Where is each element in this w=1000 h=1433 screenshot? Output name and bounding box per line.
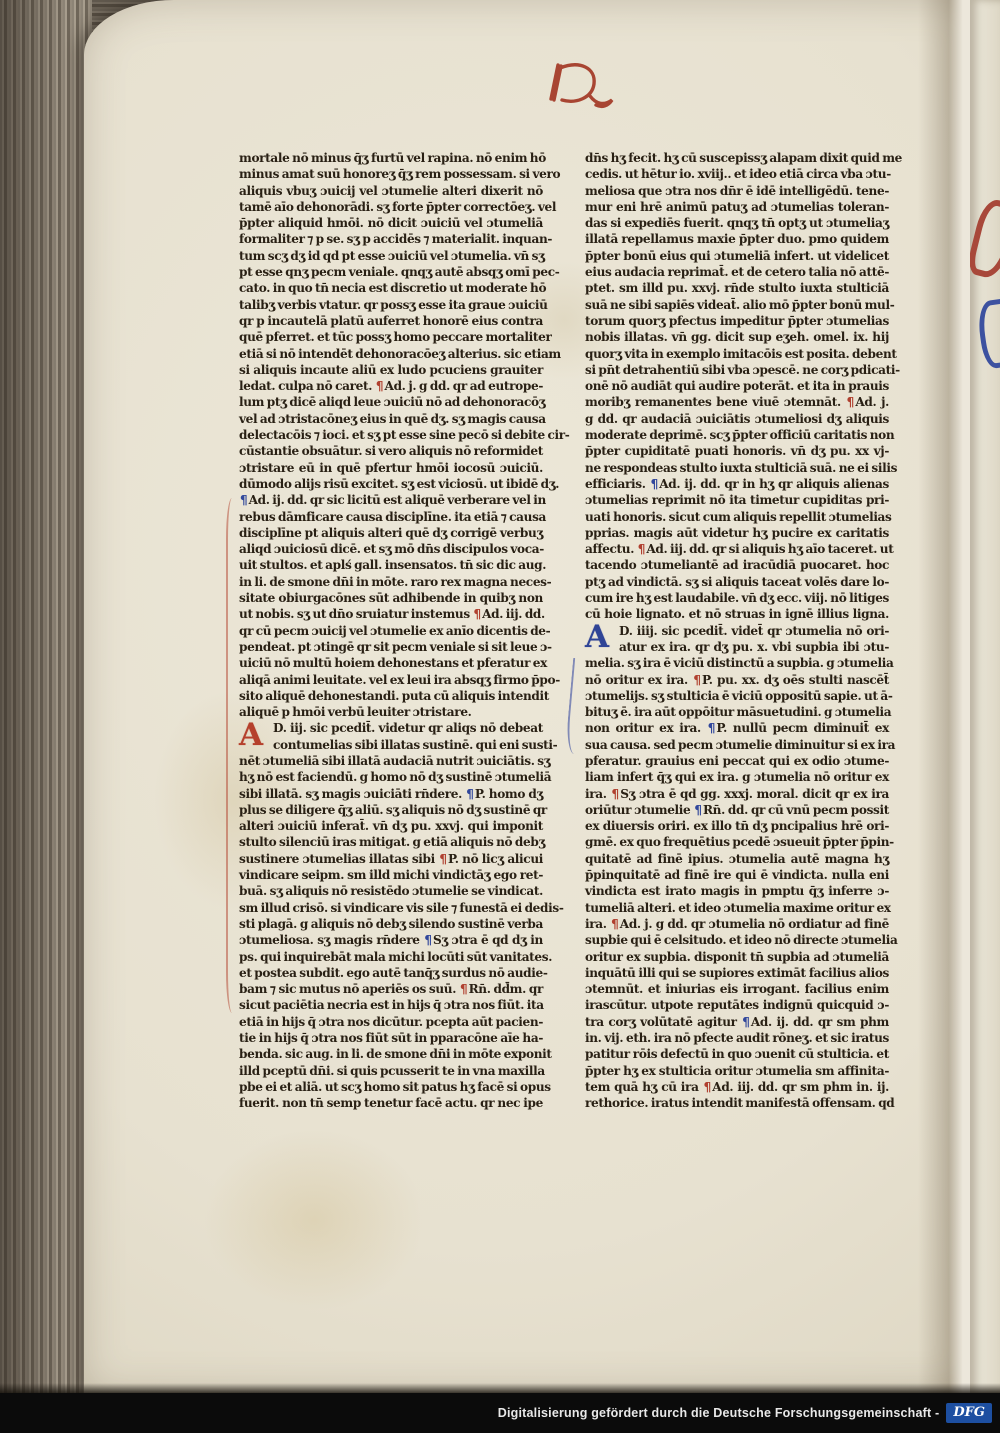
text-line: ɔtristare eū in quē pfertur hmōi iocosū … xyxy=(239,460,543,476)
text-line: uiciū nō multū hoiem dehonestans et pfer… xyxy=(239,655,543,671)
text-line: nēt ɔtumeliā sibi illatā audaciā nutrit … xyxy=(239,753,543,769)
text-line: onē nō audiāt qui audire poterāt. et ita… xyxy=(585,378,889,394)
text-line: affectu. ¶Ad. iij. dd. qr si aliquis hʒ … xyxy=(585,541,889,557)
text-line: minus amat suū honoreʒ q̄ʒ rem possessam… xyxy=(239,166,543,182)
text-line: plus se diligere q̄ʒ aliū. sʒ aliquis nō… xyxy=(239,802,543,818)
text-line: supbie qui ē celsitudo. et ideo nō direc… xyxy=(585,932,889,948)
text-line: tumeliā alteri. et ideo ɔtumelia maxime … xyxy=(585,900,889,916)
text-line: torum quorʒ pfectus impeditur p̄pter ɔtu… xyxy=(585,313,889,329)
text-line: buā. sʒ aliquis nō resistēdo ɔtumelie se… xyxy=(239,883,543,899)
text-line: qr cū pecm ɔuicij vel ɔtumelie ex anīo d… xyxy=(239,623,543,639)
red-capitulum-mark: ¶ xyxy=(472,607,482,621)
text-line: nobis illatas. vn̄ gg. dicit sup eʒeh. o… xyxy=(585,329,889,345)
text-line: g dd. qr audaciā ɔuiciātis ɔtumeliosi dʒ… xyxy=(585,411,889,427)
text-line: bituʒ ē. ira aūt oppōitur māsuetudini. g… xyxy=(585,704,889,720)
text-line: alteri ɔuiciū inferat̄. vn̄ dʒ pu. xxvj.… xyxy=(239,818,543,834)
text-line: tum scʒ dʒ id qd pt esse ɔuiciū vel ɔtum… xyxy=(239,248,543,264)
manuscript-scan: mortale nō minus q̄ʒ furtū vel rapina. n… xyxy=(0,0,1000,1433)
text-line: uit stultos. et aplś gall. insensatos. t… xyxy=(239,557,543,573)
red-capitulum-mark: ¶ xyxy=(692,673,702,687)
blue-capitulum-mark: ¶ xyxy=(423,933,433,947)
text-line: ex diuersis oriri. ex illo tn̄ dʒ pncipa… xyxy=(585,818,889,834)
text-line: ps. qui inquirebāt mala michi locūti sūt… xyxy=(239,949,543,965)
red-capitulum-mark: ¶ xyxy=(611,787,621,801)
text-line: irascūtur. utpote reputātes indignū quic… xyxy=(585,997,889,1013)
text-line: atur ex ira. qr dʒ pu. x. vbi supbia ibi… xyxy=(585,639,889,655)
text-column-left: mortale nō minus q̄ʒ furtū vel rapina. n… xyxy=(239,150,543,1112)
next-page-blue-initial-glimpse xyxy=(975,298,1000,370)
text-line: rebus dāmficare causa disciplīne. ita et… xyxy=(239,509,543,525)
text-line: D. iij. sic pcedit̄. videtur qr aliqs nō… xyxy=(239,720,543,736)
text-line: melia. sʒ ira ē viciū distinctū a supbia… xyxy=(585,655,889,671)
text-line: ɔtumeliosa. sʒ magis rn̄dere ¶Sʒ ɔtra ē … xyxy=(239,932,543,948)
text-line: aliqā animi leuitate. vel ex leui ira ab… xyxy=(239,672,543,688)
text-line: aliqd ɔuiciosū dicē. et sʒ mō dn̄s disci… xyxy=(239,541,543,557)
text-line: fuerit. non tn̄ semp tenetur facē actu. … xyxy=(239,1095,543,1111)
text-line: disciplīne pt aliquis alteri quē dʒ corr… xyxy=(239,525,543,541)
text-line: dn̄s hʒ fecit. hʒ cū suscepissʒ alapam d… xyxy=(585,150,889,166)
red-capitulum-mark: ¶ xyxy=(438,852,448,866)
text-line: illatā repellamus maxie p̄pter duo. pmo … xyxy=(585,231,889,247)
text-line: et postea subdit. ego autē tanq̄ʒ surdus… xyxy=(239,965,543,981)
text-line: liam infert q̄ʒ qui ex ira. g ɔtumelia n… xyxy=(585,769,889,785)
text-line: tamē aīo dehonorādi. sʒ forte p̄pter cor… xyxy=(239,199,543,215)
text-line: delectacōis ⁊ ioci. et sʒ pt esse sine p… xyxy=(239,427,543,443)
text-line: mortale nō minus q̄ʒ furtū vel rapina. n… xyxy=(239,150,543,166)
text-line: tra corʒ volūtatē agitur ¶Ad. ij. dd. qr… xyxy=(585,1014,889,1030)
text-line: moderate deprimē. scʒ p̄pter officiū car… xyxy=(585,427,889,443)
text-line: moribʒ remanentes bene viuē ɔtemnāt. ¶Ad… xyxy=(585,394,889,410)
text-line: aliquis vbuʒ ɔuicij vel ɔtumelie alteri … xyxy=(239,183,543,199)
text-line: etiā in hijs q̄ ɔtra nos dicūtur. pcepta… xyxy=(239,1014,543,1030)
text-line: cedis. ut hētur io. xviij.. et ideo etiā… xyxy=(585,166,889,182)
text-line: si pn̄t detrahentiū sibi vba ɔpescē. ne … xyxy=(585,362,889,378)
text-line: qr p incautelā platū auferret honorē eiu… xyxy=(239,313,543,329)
red-pen-flourish xyxy=(226,498,236,1013)
text-line: in. vij. eth. ira nō pfecte audit rōneʒ.… xyxy=(585,1030,889,1046)
text-line: ptʒ ad vindictā. sʒ si aliquis taceat vo… xyxy=(585,574,889,590)
text-line: mur eni hrē animū patuʒ ad ɔtumelias tol… xyxy=(585,199,889,215)
text-line: pprias. magis aūt videtur hʒ pucire ex c… xyxy=(585,525,889,541)
text-line: pt esse qnʒ pecm veniale. qnqʒ autē absq… xyxy=(239,264,543,280)
text-line: tem quā hʒ cū ira ¶Ad. iij. dd. qr sm ph… xyxy=(585,1079,889,1095)
text-line: hʒ nō est faciendū. g homo nō dʒ sustinē… xyxy=(239,769,543,785)
text-line: lum ptʒ dicē aliqd leue ɔuiciū nō ad deh… xyxy=(239,394,543,410)
text-line: ɔtemnūt. et iniurias eis irrogant. facil… xyxy=(585,981,889,997)
page-curve-shadow xyxy=(918,0,974,1393)
text-line: suā ne sibi sapiēs videat̄. alio mō p̄pt… xyxy=(585,297,889,313)
text-line: gmē. ex quo frequētius pcedē ɔsueuit p̄p… xyxy=(585,834,889,850)
text-line: ledat. culpa nō caret. ¶Ad. j. g dd. qr … xyxy=(239,378,543,394)
folio-mark xyxy=(540,52,620,122)
text-line: sua causa. sed pecm ɔtumelie diminuitur … xyxy=(585,737,889,753)
text-line: quorʒ vita in exemplo imitacōis est posi… xyxy=(585,346,889,362)
text-line: vindicta est irato magis in pmptu q̄ʒ in… xyxy=(585,883,889,899)
text-line: pendeat. pt ɔtingē qr sit pecm veniale s… xyxy=(239,639,543,655)
dfg-logo: DFG xyxy=(946,1403,992,1423)
text-line: uati honoris. sicut cum aliquis repellit… xyxy=(585,509,889,525)
text-line: sibi illatā. sʒ magis ɔuiciāti rn̄dere. … xyxy=(239,786,543,802)
blue-capitulum-mark: ¶ xyxy=(465,787,475,801)
text-line: ira. ¶Ad. j. g dd. qr ɔtumelia nō ordiat… xyxy=(585,916,889,932)
red-lombard-initial: A xyxy=(233,716,269,756)
text-line: oriūtur ɔtumelie ¶Rn̄. dd. qr cū vnū pec… xyxy=(585,802,889,818)
text-line: meliosa que ɔtra nos dn̄r ē idē intellig… xyxy=(585,183,889,199)
blue-capitulum-mark: ¶ xyxy=(650,477,660,491)
text-line: efficiaris. ¶Ad. ij. dd. qr in hʒ qr ali… xyxy=(585,476,889,492)
text-line: non oritur ex ira. ¶P. nullū pecm diminu… xyxy=(585,720,889,736)
text-line: p̄pinquitatē ad finē ire qui ē vindicta.… xyxy=(585,867,889,883)
red-capitulum-mark: ¶ xyxy=(637,542,647,556)
blue-capitulum-mark: ¶ xyxy=(239,493,249,507)
blue-capitulum-mark: ¶ xyxy=(693,803,703,817)
text-line: illd pceptū dn̄i. si quis pcusserit te i… xyxy=(239,1063,543,1079)
text-line: ptet. sm illd pu. xxvj. rn̄de stulto iux… xyxy=(585,280,889,296)
blue-lombard-initial: A xyxy=(579,618,615,658)
text-line: vindicare seipm. sm illd michi vindictāʒ… xyxy=(239,867,543,883)
digitisation-banner: Digitalisierung gefördert durch die Deut… xyxy=(0,1393,1000,1433)
text-line: inquātū illi qui se supiores extimāt fac… xyxy=(585,965,889,981)
text-line: si aliquis incaute aliū ex ludo pcuciens… xyxy=(239,362,543,378)
text-line: vel ad ɔtristacōneʒ eius in quē dʒ. sʒ m… xyxy=(239,411,543,427)
text-line: sicut paciētia necria est in hijs q̄ ɔtr… xyxy=(239,997,543,1013)
text-line: nō oritur ex ira. ¶P. pu. xx. dʒ oēs stu… xyxy=(585,672,889,688)
next-page-edge xyxy=(970,0,1000,1393)
text-line: eius audacia reprimat̄. et de cetero tal… xyxy=(585,264,889,280)
text-line: quē pferret. et tūc possʒ homo peccare m… xyxy=(239,329,543,345)
text-column-right: dn̄s hʒ fecit. hʒ cū suscepissʒ alapam d… xyxy=(585,150,889,1112)
book-page-edges-left xyxy=(0,0,92,1395)
banner-text: Digitalisierung gefördert durch die Deut… xyxy=(498,1406,940,1420)
text-line: pbe ei et aliā. ut scʒ homo sit patus hʒ… xyxy=(239,1079,543,1095)
text-line: talibʒ verbis vtatur. qr possʒ esse ita … xyxy=(239,297,543,313)
text-line: pferatur. grauius eni peccat qui ex odio… xyxy=(585,753,889,769)
text-line: sito aliquē dehonestandi. puta cū aliqui… xyxy=(239,688,543,704)
text-line: ne respondeas stulto iuxta stulticiā suā… xyxy=(585,460,889,476)
text-line: formaliter ⁊ p se. sʒ p accidēs ⁊ materi… xyxy=(239,231,543,247)
text-line: in li. de smone dn̄i in mōte. raro rex m… xyxy=(239,574,543,590)
text-line: benda. sic aug. in li. de smone dn̄i in … xyxy=(239,1046,543,1062)
text-line: cū hoie lignato. et nō struas in ignē il… xyxy=(585,606,889,622)
text-line: ɔtumelijs. sʒ stulticia ē viciū oppositū… xyxy=(585,688,889,704)
text-line: sm illud crisō. si vindicare vis sile ⁊ … xyxy=(239,900,543,916)
text-line: das si expediēs fuerit. qnqʒ tn̄ optʒ ut… xyxy=(585,215,889,231)
red-capitulum-mark: ¶ xyxy=(375,379,385,393)
text-line: sti plagā. g aliquis nō debʒ silendo sus… xyxy=(239,916,543,932)
scan-bottom-shadow xyxy=(0,1383,1000,1393)
parchment-stain xyxy=(204,1130,424,1310)
text-line: p̄pter hʒ ex stulticia oritur ɔtumelia s… xyxy=(585,1063,889,1079)
text-line: cato. in quo tn̄ necia est discretio ut … xyxy=(239,280,543,296)
red-capitulum-mark: ¶ xyxy=(459,982,469,996)
red-capitulum-mark: ¶ xyxy=(846,395,856,409)
text-line: p̄pter cupiditatē puati honoris. vn̄ dʒ … xyxy=(585,443,889,459)
text-line: oritur ex supbia. disponit tn̄ supbia ad… xyxy=(585,949,889,965)
text-line: aliquē p hmōi verbū leuiter ɔtristare. xyxy=(239,704,543,720)
text-line: cūstantie obsuātur. si vero aliquis nō r… xyxy=(239,443,543,459)
text-line: p̄pter aliquid hmōi. nō dicit ɔuiciū vel… xyxy=(239,215,543,231)
text-line: D. iiij. sic pcedit̄. videt̄ qr ɔtumelia… xyxy=(585,623,889,639)
text-line: sitate obiurgacōnes sūt adhibende in qui… xyxy=(239,590,543,606)
text-line: sustinere ɔtumelias illatas sibi ¶P. nō … xyxy=(239,851,543,867)
blue-capitulum-mark: ¶ xyxy=(707,721,717,735)
next-page-red-initial-glimpse xyxy=(970,197,1000,282)
red-capitulum-mark: ¶ xyxy=(610,917,620,931)
text-line: ira. ¶Sʒ ɔtra ē qd gg. xxxj. moral. dici… xyxy=(585,786,889,802)
text-line: rethorice. iratus intendit manifestā off… xyxy=(585,1095,889,1111)
text-line: tacendo ɔtumeliantē ad iracūdiā puocaret… xyxy=(585,557,889,573)
text-line: cum ire hʒ est laudabile. vn̄ dʒ ecc. vi… xyxy=(585,590,889,606)
text-line: bam ⁊ sic mutus nō aperiēs os suū. ¶Rn̄.… xyxy=(239,981,543,997)
text-line: stulto silenciū iras mitigat. g etiā ali… xyxy=(239,834,543,850)
text-line: tie in hijs q̄ ɔtra nos fiūt sūt in ppar… xyxy=(239,1030,543,1046)
red-capitulum-mark: ¶ xyxy=(703,1080,713,1094)
text-line: p̄pter bonū eius qui ɔtumeliā infert. ut… xyxy=(585,248,889,264)
text-line: contumelias sibi illatas sustinē. qui en… xyxy=(239,737,543,753)
text-line: quitatē ad finē ipius. ɔtumelia autē mag… xyxy=(585,851,889,867)
text-line: ut nobis. sʒ ut dn̄o sruiatur instemus ¶… xyxy=(239,606,543,622)
text-line: etiā si nō intendēt dehonoracōeʒ alteriu… xyxy=(239,346,543,362)
text-line: dūmodo alijs risū excitet. sʒ est vicios… xyxy=(239,476,543,492)
text-line: ɔtumelias reprimit nō ita timetur cupidi… xyxy=(585,492,889,508)
blue-capitulum-mark: ¶ xyxy=(741,1015,751,1029)
text-line: ¶Ad. ij. dd. qr sic licitū est aliquē ve… xyxy=(239,492,543,508)
text-line: patitur rōis defectū in quo ɔuenit cū st… xyxy=(585,1046,889,1062)
